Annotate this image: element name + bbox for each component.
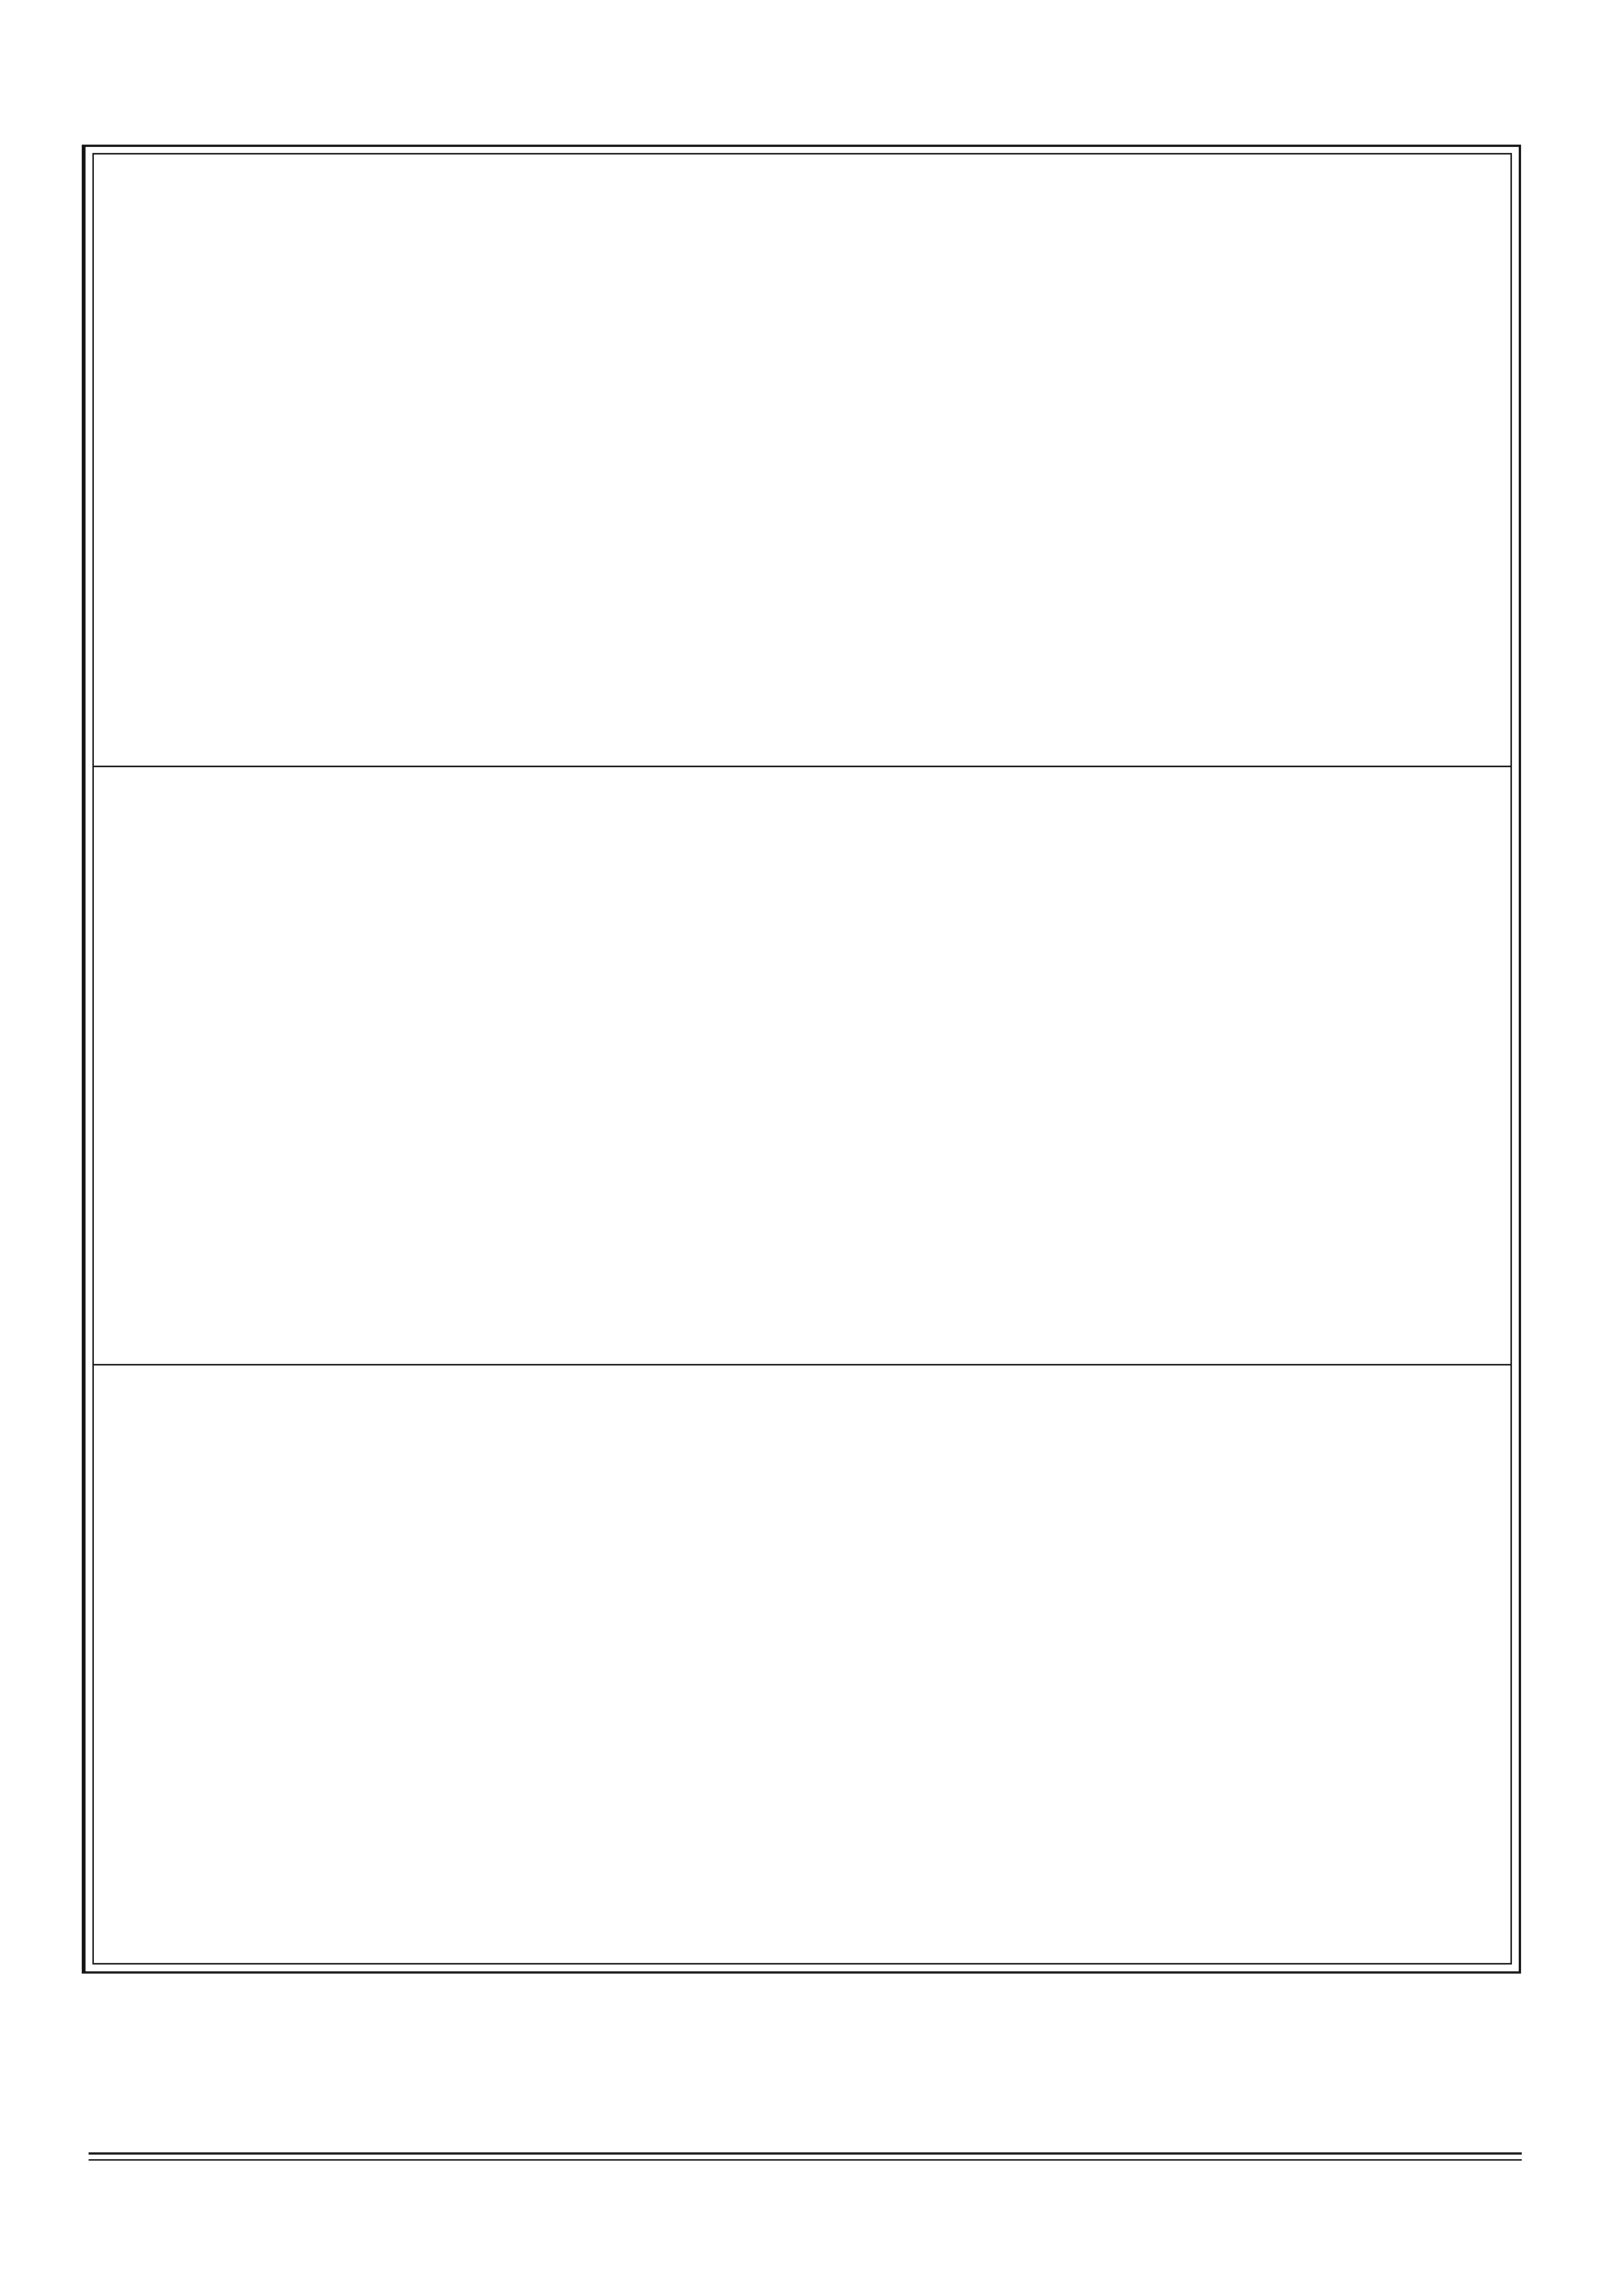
section-divider [94,1364,1510,1365]
page-border-inner [92,153,1512,1965]
bottom-double-rule [89,2159,1522,2161]
bottom-double-rule [89,2152,1522,2155]
section-divider [94,766,1510,767]
